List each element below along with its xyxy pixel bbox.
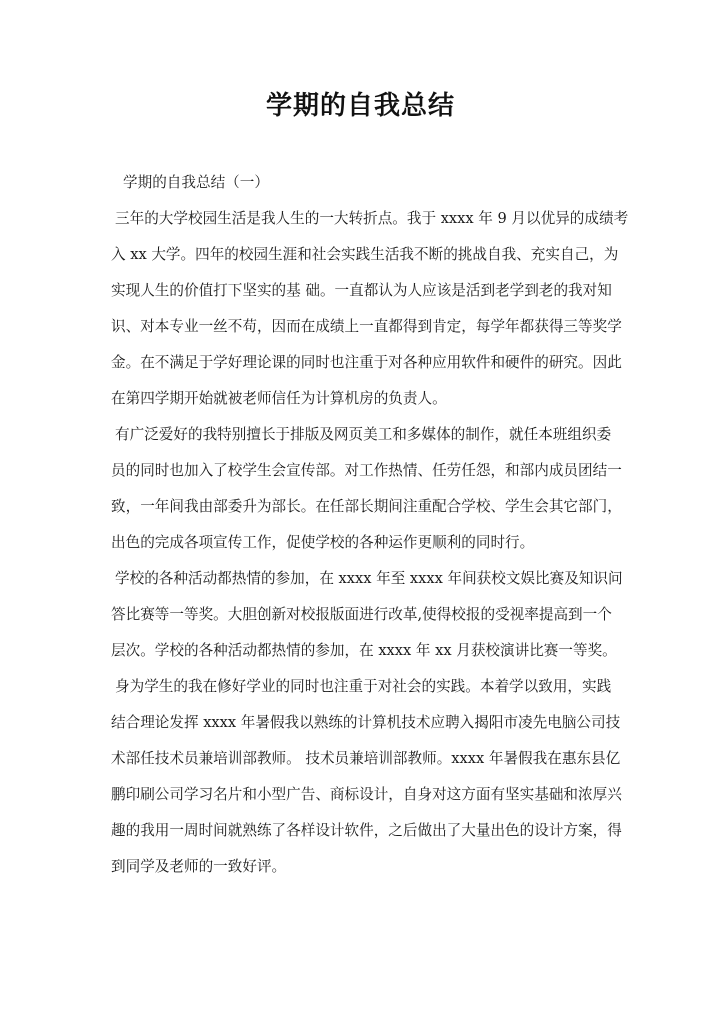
text-line: 学校的各种活动都热情的参加，在 xxxx 年至 xxxx 年间获校文娱比赛及知识… bbox=[111, 561, 611, 597]
document-page: 学期的自我总结 学期的自我总结（一） 三年的大学校园生活是我人生的一大转折点。我… bbox=[0, 0, 721, 1020]
text-line: 致，一年间我由部委升为部长。在任部长期间注重配合学校、学生会其它部门， bbox=[111, 489, 611, 525]
document-body: 学期的自我总结（一） 三年的大学校园生活是我人生的一大转折点。我于 xxxx 年… bbox=[111, 165, 611, 885]
text-line: 趣的我用一周时间就熟练了各样设计软件，之后做出了大量出色的设计方案，得 bbox=[111, 813, 611, 849]
text-line: 入 xx 大学。四年的校园生涯和社会实践生活我不断的挑战自我、充实自己，为 bbox=[111, 237, 611, 273]
paragraph-1: 三年的大学校园生活是我人生的一大转折点。我于 xxxx 年 9 月以优异的成绩考… bbox=[111, 201, 611, 417]
text-line: 识、对本专业一丝不苟，因而在成绩上一直都得到肯定，每学年都获得三等奖学 bbox=[111, 309, 611, 345]
text-line: 有广泛爱好的我特别擅长于排版及网页美工和多媒体的制作，就任本班组织委 bbox=[111, 417, 611, 453]
text-line: 鹏印刷公司学习名片和小型广告、商标设计，自身对这方面有坚实基础和浓厚兴 bbox=[111, 777, 611, 813]
text-line: 实现人生的价值打下坚实的基 础。一直都认为人应该是活到老学到老的我对知 bbox=[111, 273, 611, 309]
text-line: 身为学生的我在修好学业的同时也注重于对社会的实践。本着学以致用，实践 bbox=[111, 669, 611, 705]
paragraph-4: 身为学生的我在修好学业的同时也注重于对社会的实践。本着学以致用，实践 结合理论发… bbox=[111, 669, 611, 885]
section-subtitle: 学期的自我总结（一） bbox=[111, 165, 611, 201]
paragraph-3: 学校的各种活动都热情的参加，在 xxxx 年至 xxxx 年间获校文娱比赛及知识… bbox=[111, 561, 611, 669]
text-line: 层次。学校的各种活动都热情的参加，在 xxxx 年 xx 月获校演讲比赛一等奖。 bbox=[111, 633, 611, 669]
text-line: 出色的完成各项宣传工作，促使学校的各种运作更顺利的同时行。 bbox=[111, 525, 611, 561]
document-title: 学期的自我总结 bbox=[0, 88, 721, 124]
text-line: 金。在不满足于学好理论课的同时也注重于对各种应用软件和硬件的研究。因此 bbox=[111, 345, 611, 381]
paragraph-2: 有广泛爱好的我特别擅长于排版及网页美工和多媒体的制作，就任本班组织委 员的同时也… bbox=[111, 417, 611, 561]
text-line: 术部任技术员兼培训部教师。 技术员兼培训部教师。xxxx 年暑假我在惠东县亿 bbox=[111, 741, 611, 777]
text-line: 答比赛等一等奖。大胆创新对校报版面进行改革,使得校报的受视率提高到一个 bbox=[111, 597, 611, 633]
text-line: 结合理论发挥 xxxx 年暑假我以熟练的计算机技术应聘入揭阳市凌先电脑公司技 bbox=[111, 705, 611, 741]
text-line: 到同学及老师的一致好评。 bbox=[111, 849, 611, 885]
text-line: 在第四学期开始就被老师信任为计算机房的负责人。 bbox=[111, 381, 611, 417]
text-line: 员的同时也加入了校学生会宣传部。对工作热情、任劳任怨，和部内成员团结一 bbox=[111, 453, 611, 489]
text-line: 三年的大学校园生活是我人生的一大转折点。我于 xxxx 年 9 月以优异的成绩考 bbox=[111, 201, 611, 237]
